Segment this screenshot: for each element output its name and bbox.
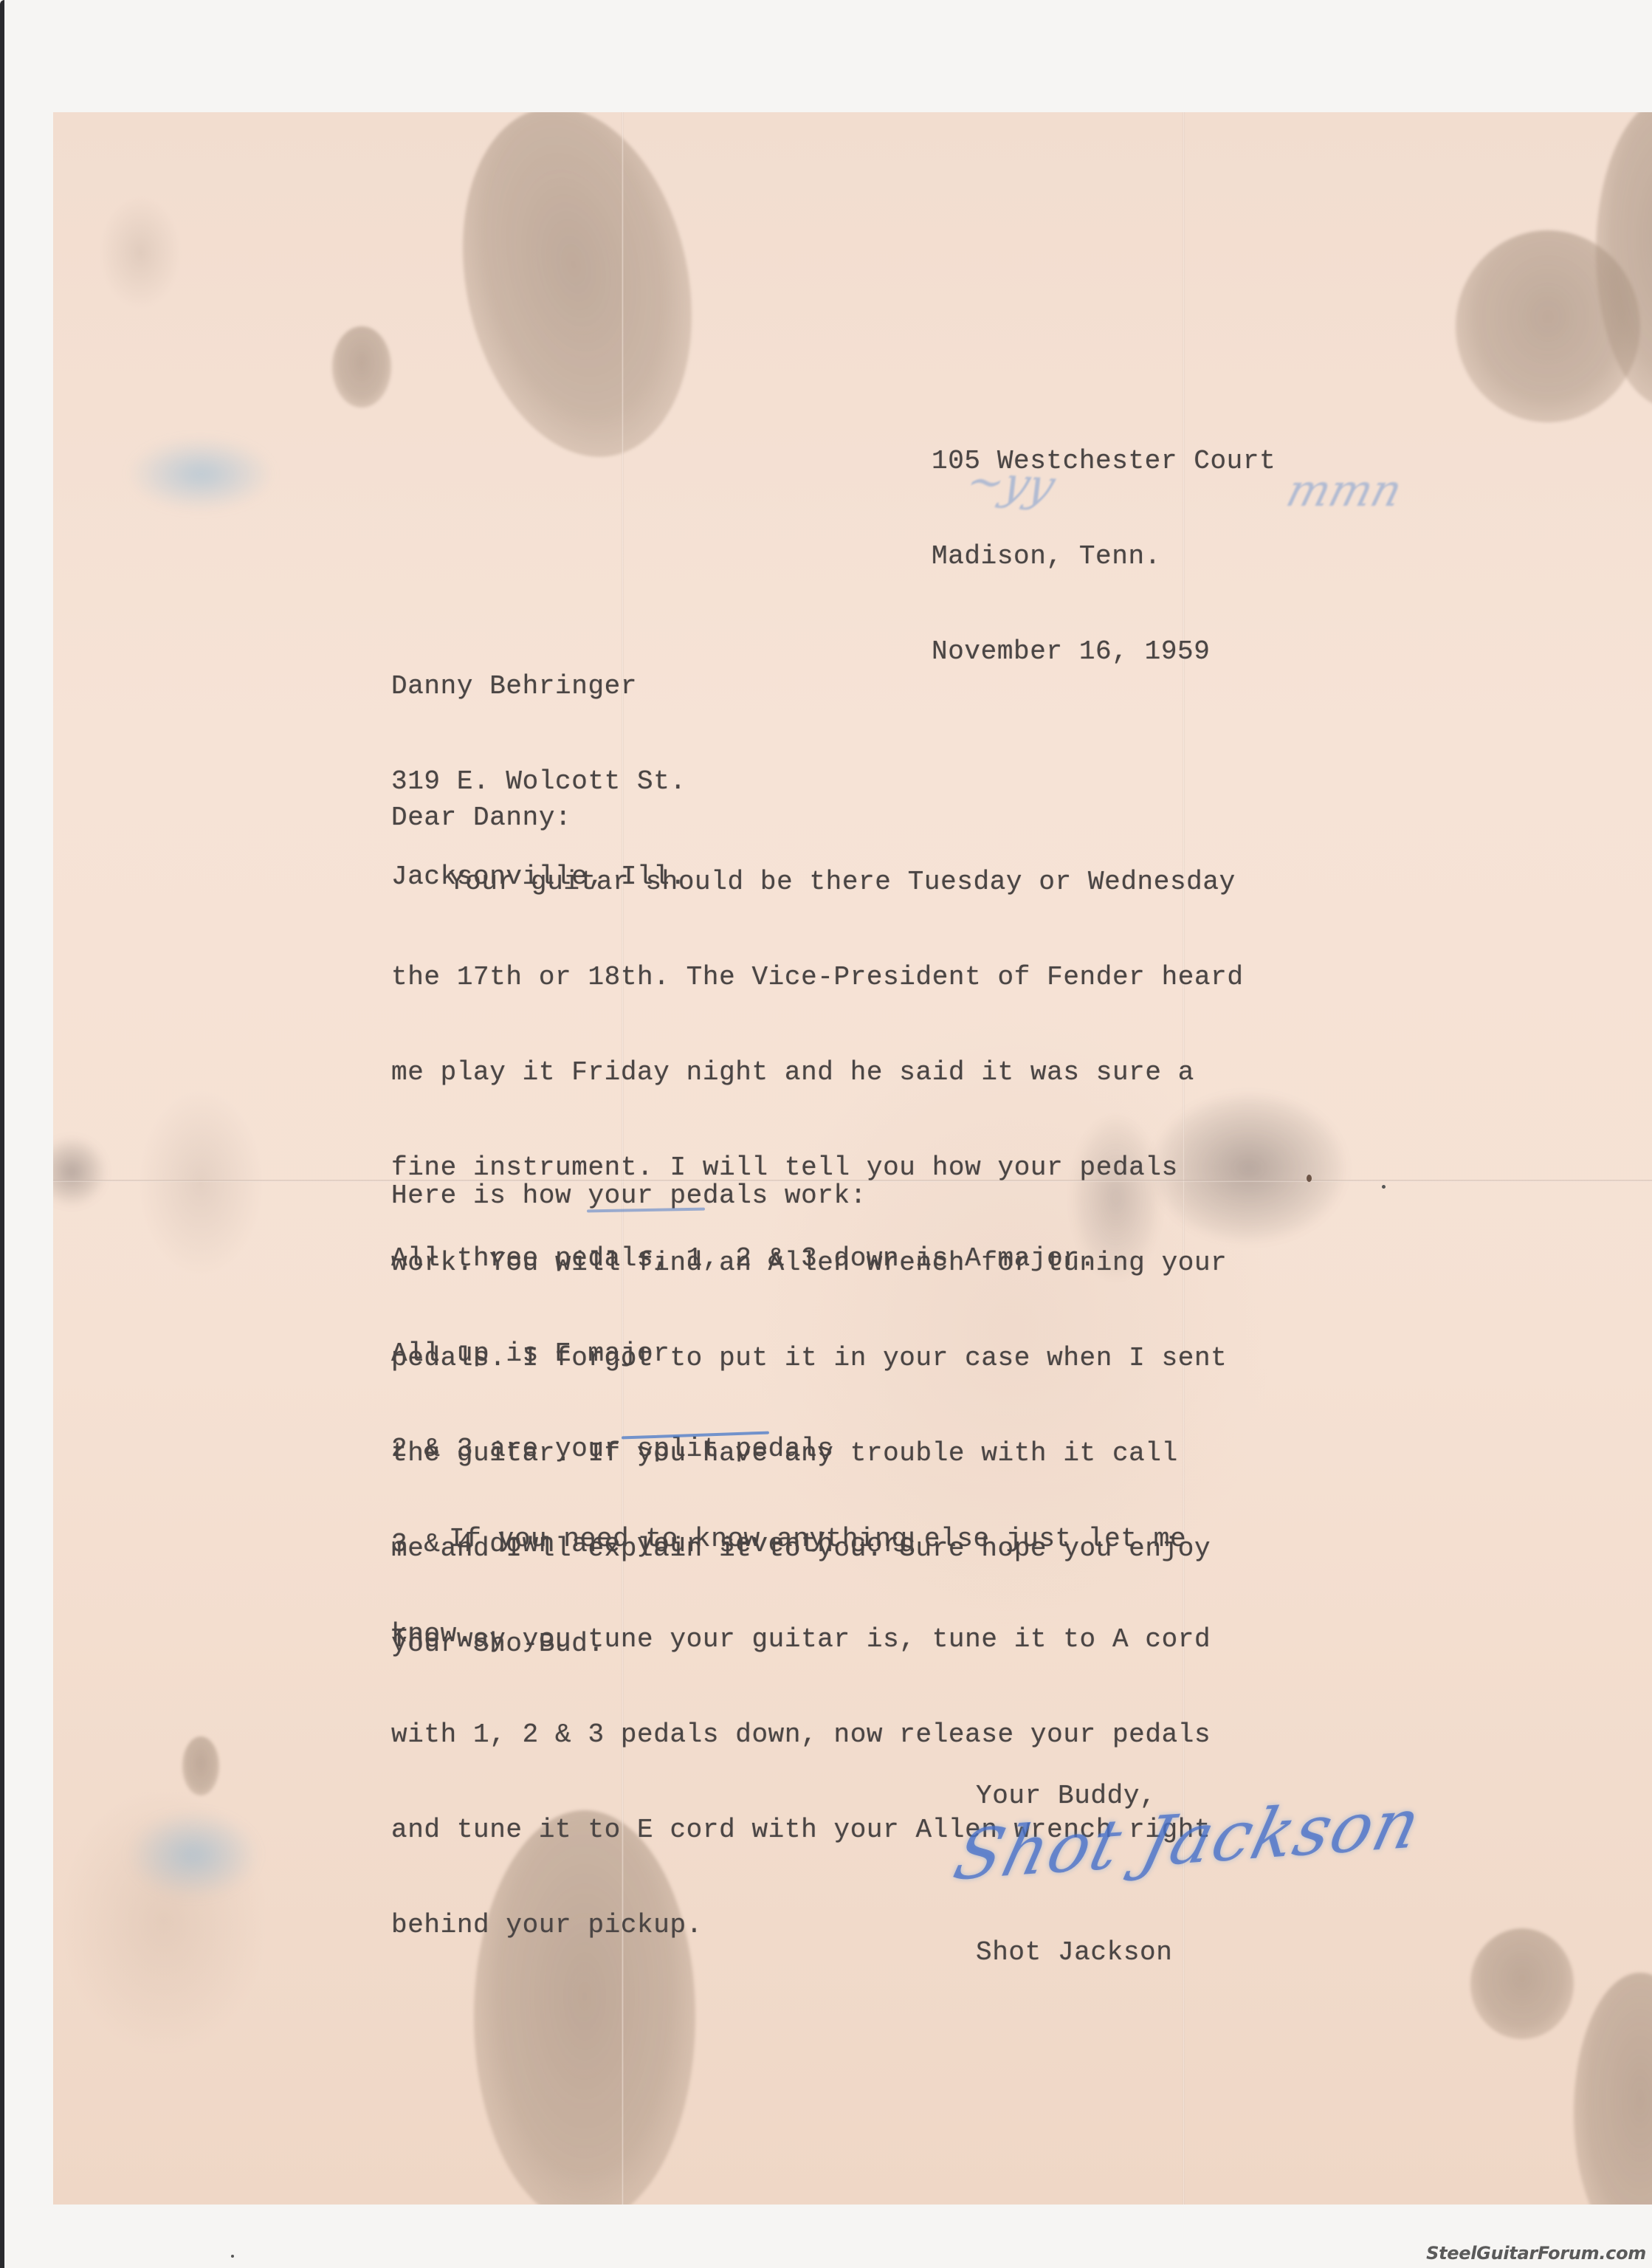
paragraph-line: know. <box>391 1618 1186 1650</box>
instruction-line: All three pedals, 1, 2 & 3 down is A maj… <box>391 1243 1211 1274</box>
sender-street: 105 Westchester Court <box>932 445 1276 477</box>
blue-smudge-bottom-left <box>127 1810 260 1899</box>
instruction-line: All up is E major <box>391 1338 1211 1370</box>
typed-name-text: Shot Jackson <box>976 1937 1172 1968</box>
paragraph-line: If you need to know anything else just l… <box>391 1523 1186 1555</box>
closing-paragraph: If you need to know anything else just l… <box>391 1460 1186 1682</box>
coffee-stain-small-top <box>332 326 391 408</box>
coffee-stain-small-bottom <box>182 1736 219 1795</box>
coffee-stain-top <box>432 112 722 478</box>
smudge-left-edge <box>53 1138 105 1205</box>
coffee-stain-bottom-right <box>1470 1928 1574 2039</box>
sender-city: Madison, Tenn. <box>932 540 1276 572</box>
recipient-name: Danny Behringer <box>391 670 686 702</box>
paragraph-line: the 17th or 18th. The Vice-President of … <box>391 961 1244 993</box>
typed-name: Shot Jackson <box>976 1873 1172 2000</box>
letter-date: November 16, 1959 <box>932 636 1276 667</box>
blue-ink-scribble: mmn <box>1281 465 1408 517</box>
blue-smudge-top-left <box>127 437 275 511</box>
scanner-edge <box>0 0 4 2268</box>
sender-address-block: 105 Westchester Court Madison, Tenn. Nov… <box>932 382 1276 699</box>
paragraph-line: Your guitar should be there Tuesday or W… <box>391 866 1244 898</box>
coffee-stain-bottom-right-edge <box>1574 1973 1652 2205</box>
ink-dot <box>1307 1175 1312 1182</box>
site-watermark: SteelGuitarForum.com <box>1426 2243 1646 2264</box>
paragraph-line: me play it Friday night and he said it w… <box>391 1056 1244 1088</box>
ink-dot <box>1382 1185 1386 1189</box>
scan-speck <box>231 2255 234 2258</box>
